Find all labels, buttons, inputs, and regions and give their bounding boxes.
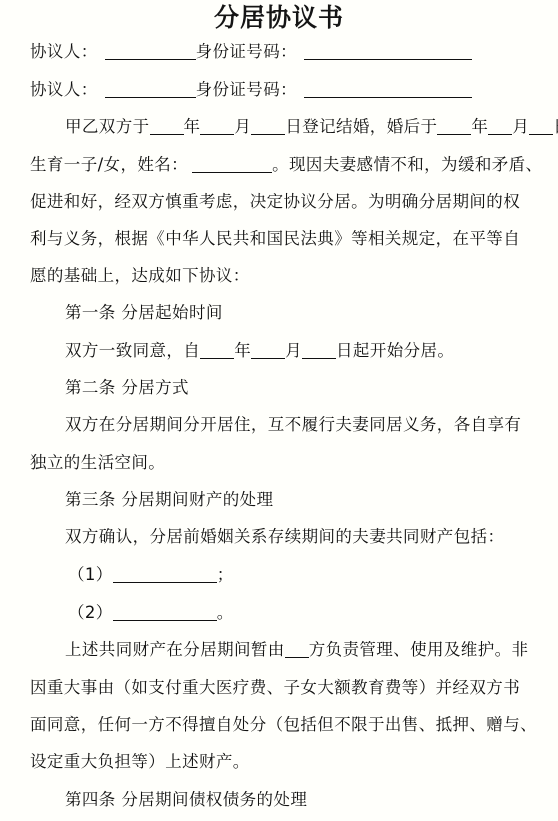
article-3-para-2-line-1: 上述共同财产在分居期间暂由方负责管理、使用及维护。非 (65, 638, 528, 662)
item-label: （2） (68, 603, 113, 622)
party-name-field[interactable] (105, 79, 196, 98)
article-2-heading: 第二条 分居方式 (65, 376, 189, 400)
item-punct: 。 (217, 603, 234, 622)
article-3-para-2-line-2: 因重大事由（如支付重大医疗费、子女大额教育费等）并经双方书 (30, 676, 520, 700)
document-title: 分居协议书 (0, 2, 558, 34)
intro-line-4: 利与义务，根据《中华人民共和国民法典》等相关规定，在平等自 (30, 227, 520, 251)
article-1-heading: 第一条 分居起始时间 (65, 301, 223, 325)
intro-text: 甲乙双方于 (65, 117, 150, 136)
article-text: 上述共同财产在分居期间暂由 (65, 640, 285, 659)
marriage-month-field[interactable] (200, 116, 234, 135)
intro-line-5: 愿的基础上，达成如下协议： (30, 264, 250, 288)
article-3-para-2-line-3: 面同意，任何一方不得擅自处分（包括但不限于出售、抵押、赠与、 (30, 713, 537, 737)
month-label: 月 (234, 117, 251, 136)
property-item-1-field[interactable] (113, 564, 217, 583)
article-text: 日起开始分居。 (336, 341, 454, 360)
manager-party-field[interactable] (285, 639, 309, 658)
day-label: 日 (553, 117, 558, 136)
article-text: 双方一致同意，自 (65, 341, 200, 360)
id-label: 身份证号码： (196, 42, 297, 61)
child-name-field[interactable] (192, 154, 272, 173)
year-label: 年 (471, 117, 488, 136)
intro-line-2: 生育一子/女，姓名：。现因夫妻感情不和，为缓和矛盾、 (30, 153, 542, 177)
month-label: 月 (285, 341, 302, 360)
article-3-para-2-line-4: 设定重大负担等）上述财产。 (30, 750, 250, 774)
intro-line-1: 甲乙双方于年月日登记结婚，婚后于年月日 (65, 115, 558, 139)
marriage-day-field[interactable] (251, 116, 285, 135)
party-label: 协议人： (30, 42, 98, 61)
intro-text: 生育一子/女，姓名： (30, 155, 188, 174)
id-number-field[interactable] (304, 41, 472, 60)
month-label: 月 (512, 117, 529, 136)
intro-line-3: 促进和好，经双方慎重考虑，决定协议分居。为明确分居期间的权 (30, 190, 520, 214)
separation-day-field[interactable] (302, 340, 336, 359)
item-punct: ； (217, 565, 234, 584)
article-4-heading: 第四条 分居期间债权债务的处理 (65, 788, 307, 812)
intro-text: 。现因夫妻感情不和，为缓和矛盾、 (272, 155, 542, 174)
id-label: 身份证号码： (196, 80, 297, 99)
article-1-line-1: 双方一致同意，自年月日起开始分居。 (65, 339, 454, 363)
year-label: 年 (184, 117, 201, 136)
separation-month-field[interactable] (251, 340, 285, 359)
birth-month-field[interactable] (488, 116, 512, 135)
year-label: 年 (234, 341, 251, 360)
property-item-2: （2）。 (68, 601, 234, 625)
id-number-field[interactable] (304, 79, 472, 98)
article-2-line-2: 独立的生活空间。 (30, 451, 165, 475)
separation-year-field[interactable] (200, 340, 234, 359)
marriage-year-field[interactable] (150, 116, 184, 135)
article-3-heading: 第三条 分居期间财产的处理 (65, 488, 273, 512)
article-2-line-1: 双方在分居期间分开居住，互不履行夫妻同居义务，各自享有 (65, 413, 521, 437)
party-label: 协议人： (30, 80, 98, 99)
birth-year-field[interactable] (437, 116, 471, 135)
article-3-line-1: 双方确认，分居前婚姻关系存续期间的夫妻共同财产包括： (65, 525, 504, 549)
intro-text: 日登记结婚，婚后于 (285, 117, 437, 136)
party-name-field[interactable] (105, 41, 196, 60)
party-row-2: 协议人：身份证号码： (30, 78, 472, 102)
property-item-2-field[interactable] (113, 602, 217, 621)
birth-day-field[interactable] (529, 116, 553, 135)
property-item-1: （1）； (68, 563, 234, 587)
party-row-1: 协议人：身份证号码： (30, 40, 472, 64)
item-label: （1） (68, 565, 113, 584)
article-text: 方负责管理、使用及维护。非 (309, 640, 529, 659)
